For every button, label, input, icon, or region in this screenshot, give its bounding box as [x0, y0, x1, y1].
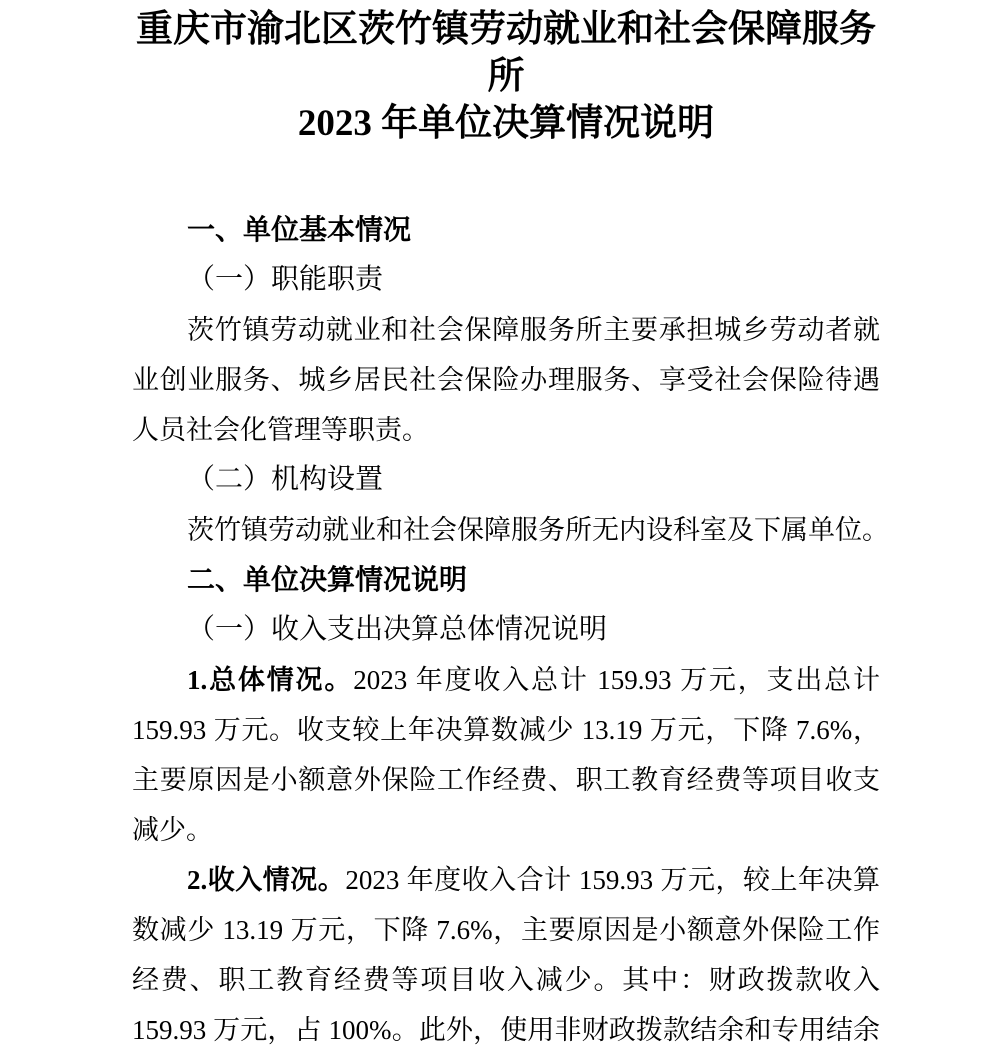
- document-title-block: 重庆市渝北区茨竹镇劳动就业和社会保障服务 所 2023 年单位决算情况说明: [132, 0, 880, 147]
- section1-sub2-heading: （二）机构设置: [132, 455, 880, 505]
- document-body: 一、单位基本情况 （一）职能职责 茨竹镇劳动就业和社会保障服务所主要承担城乡劳动…: [132, 205, 880, 1052]
- body-line-duties-1: 茨竹镇劳动就业和社会保障服务所主要承担城乡劳动者就: [132, 305, 880, 355]
- section1-heading: 一、单位基本情况: [132, 205, 880, 255]
- paragraph-text-income: 2023 年度收入合计 159.93 万元，较上年决算: [345, 865, 880, 895]
- document-page: 重庆市渝北区茨竹镇劳动就业和社会保障服务 所 2023 年单位决算情况说明 一、…: [0, 0, 1000, 1052]
- body-line-structure-1: 茨竹镇劳动就业和社会保障服务所无内设科室及下属单位。: [132, 505, 880, 555]
- body-line-overall-4: 减少。: [132, 805, 880, 855]
- paragraph-lead-overall: 1.总体情况。: [187, 665, 353, 695]
- section2-sub1-heading: （一）收入支出决算总体情况说明: [132, 605, 880, 655]
- body-line-duties-3: 人员社会化管理等职责。: [132, 405, 880, 455]
- body-line-duties-2: 业创业服务、城乡居民社会保险办理服务、享受社会保险待遇: [132, 355, 880, 405]
- paragraph-lead-income: 2.收入情况。: [187, 865, 345, 895]
- document-content: 重庆市渝北区茨竹镇劳动就业和社会保障服务 所 2023 年单位决算情况说明 一、…: [132, 0, 880, 1052]
- document-title-line-2: 所: [132, 53, 880, 100]
- paragraph-text-overall: 2023 年度收入总计 159.93 万元，支出总计: [353, 665, 880, 695]
- body-line-income-3: 经费、职工教育经费等项目收入减少。其中：财政拨款收入: [132, 955, 880, 1005]
- body-line-overall-3: 主要原因是小额意外保险工作经费、职工教育经费等项目收支: [132, 755, 880, 805]
- section2-heading: 二、单位决算情况说明: [132, 555, 880, 605]
- document-title-line-1: 重庆市渝北区茨竹镇劳动就业和社会保障服务: [132, 6, 880, 53]
- body-line-income-2: 数减少 13.19 万元，下降 7.6%，主要原因是小额意外保险工作: [132, 905, 880, 955]
- body-line-overall-2: 159.93 万元。收支较上年决算数减少 13.19 万元，下降 7.6%，: [132, 705, 880, 755]
- body-line-income-4: 159.93 万元，占 100%。此外，使用非财政拨款结余和专用结余: [132, 1005, 880, 1052]
- body-line-overall-1: 1.总体情况。2023 年度收入总计 159.93 万元，支出总计: [132, 655, 880, 705]
- body-line-income-1: 2.收入情况。2023 年度收入合计 159.93 万元，较上年决算: [132, 855, 880, 905]
- document-subtitle: 2023 年单位决算情况说明: [132, 100, 880, 147]
- section1-sub1-heading: （一）职能职责: [132, 255, 880, 305]
